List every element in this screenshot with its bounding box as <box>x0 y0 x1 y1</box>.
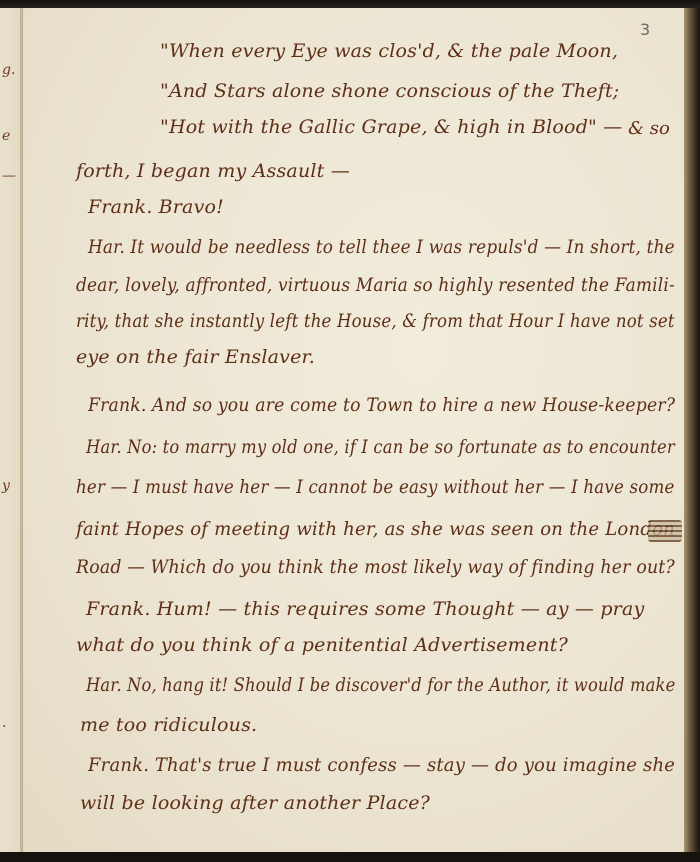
dialogue-text: No, hang it! Should I be discover'd for … <box>127 674 675 696</box>
speaker-name: Frank. <box>86 598 151 620</box>
text-line: eye on the fair Enslaver. <box>76 346 315 368</box>
speaker-name: Har. <box>88 236 125 258</box>
text-line: forth, I began my Assault — <box>76 160 350 182</box>
ink-blot-correction <box>648 520 682 542</box>
page-edge-shadow <box>684 8 700 853</box>
text-line: her — I must have her — I cannot be easy… <box>76 476 675 498</box>
dialogue-line: Frank.Hum! — this requires some Thought … <box>86 598 644 620</box>
folio-number: 3 <box>640 20 650 39</box>
dialogue-line: Har.No, hang it! Should I be discover'd … <box>86 674 675 696</box>
dialogue-text: And so you are come to Town to hire a ne… <box>152 394 675 416</box>
verse-line: "When every Eye was clos'd, & the pale M… <box>160 40 618 62</box>
text-line: what do you think of a penitential Adver… <box>76 634 568 656</box>
margin-fragment: g. <box>2 62 15 78</box>
margin-fragment: — <box>2 168 16 184</box>
dialogue-text: Hum! — this requires some Thought — ay —… <box>157 598 645 620</box>
bottom-scan-border <box>0 852 700 862</box>
verse-line: "Hot with the Gallic Grape, & high in Bl… <box>160 116 622 138</box>
text-line: Road — Which do you think the most likel… <box>76 556 675 578</box>
text-line: dear, lovely, affronted, virtuous Maria … <box>76 274 675 296</box>
dialogue-line: Frank.That's true I must confess — stay … <box>88 754 675 776</box>
verse-continuation: & so <box>628 118 670 139</box>
text-line: will be looking after another Place? <box>80 792 430 814</box>
dialogue-text: No: to marry my old one, if I can be so … <box>127 436 675 458</box>
verse-line: "And Stars alone shone conscious of the … <box>160 80 619 102</box>
dialogue-text: That's true I must confess — stay — do y… <box>155 754 675 776</box>
margin-fragment: . <box>2 715 6 731</box>
dialogue-line: Har.No: to marry my old one, if I can be… <box>86 436 675 458</box>
speaker-name: Frank. <box>88 754 149 776</box>
dialogue-line: Har.It would be needless to tell thee I … <box>88 236 675 258</box>
dialogue-text: It would be needless to tell thee I was … <box>130 236 674 258</box>
margin-fragment: y <box>2 478 10 494</box>
speaker-name: Har. <box>86 436 122 458</box>
text-line: faint Hopes of meeting with her, as she … <box>76 518 675 540</box>
speaker-name: Frank. <box>88 394 147 416</box>
dialogue-text: Bravo! <box>159 196 224 218</box>
speaker-name: Har. <box>86 674 122 696</box>
margin-fragment: e <box>2 128 10 144</box>
text-line: me too ridiculous. <box>80 714 257 736</box>
previous-page-edge: g. e — y . <box>0 8 22 853</box>
dialogue-line: Frank.And so you are come to Town to hir… <box>88 394 675 416</box>
text-line: rity, that she instantly left the House,… <box>76 310 675 332</box>
dialogue-line: Frank.Bravo! <box>88 196 224 218</box>
speaker-name: Frank. <box>88 196 153 218</box>
